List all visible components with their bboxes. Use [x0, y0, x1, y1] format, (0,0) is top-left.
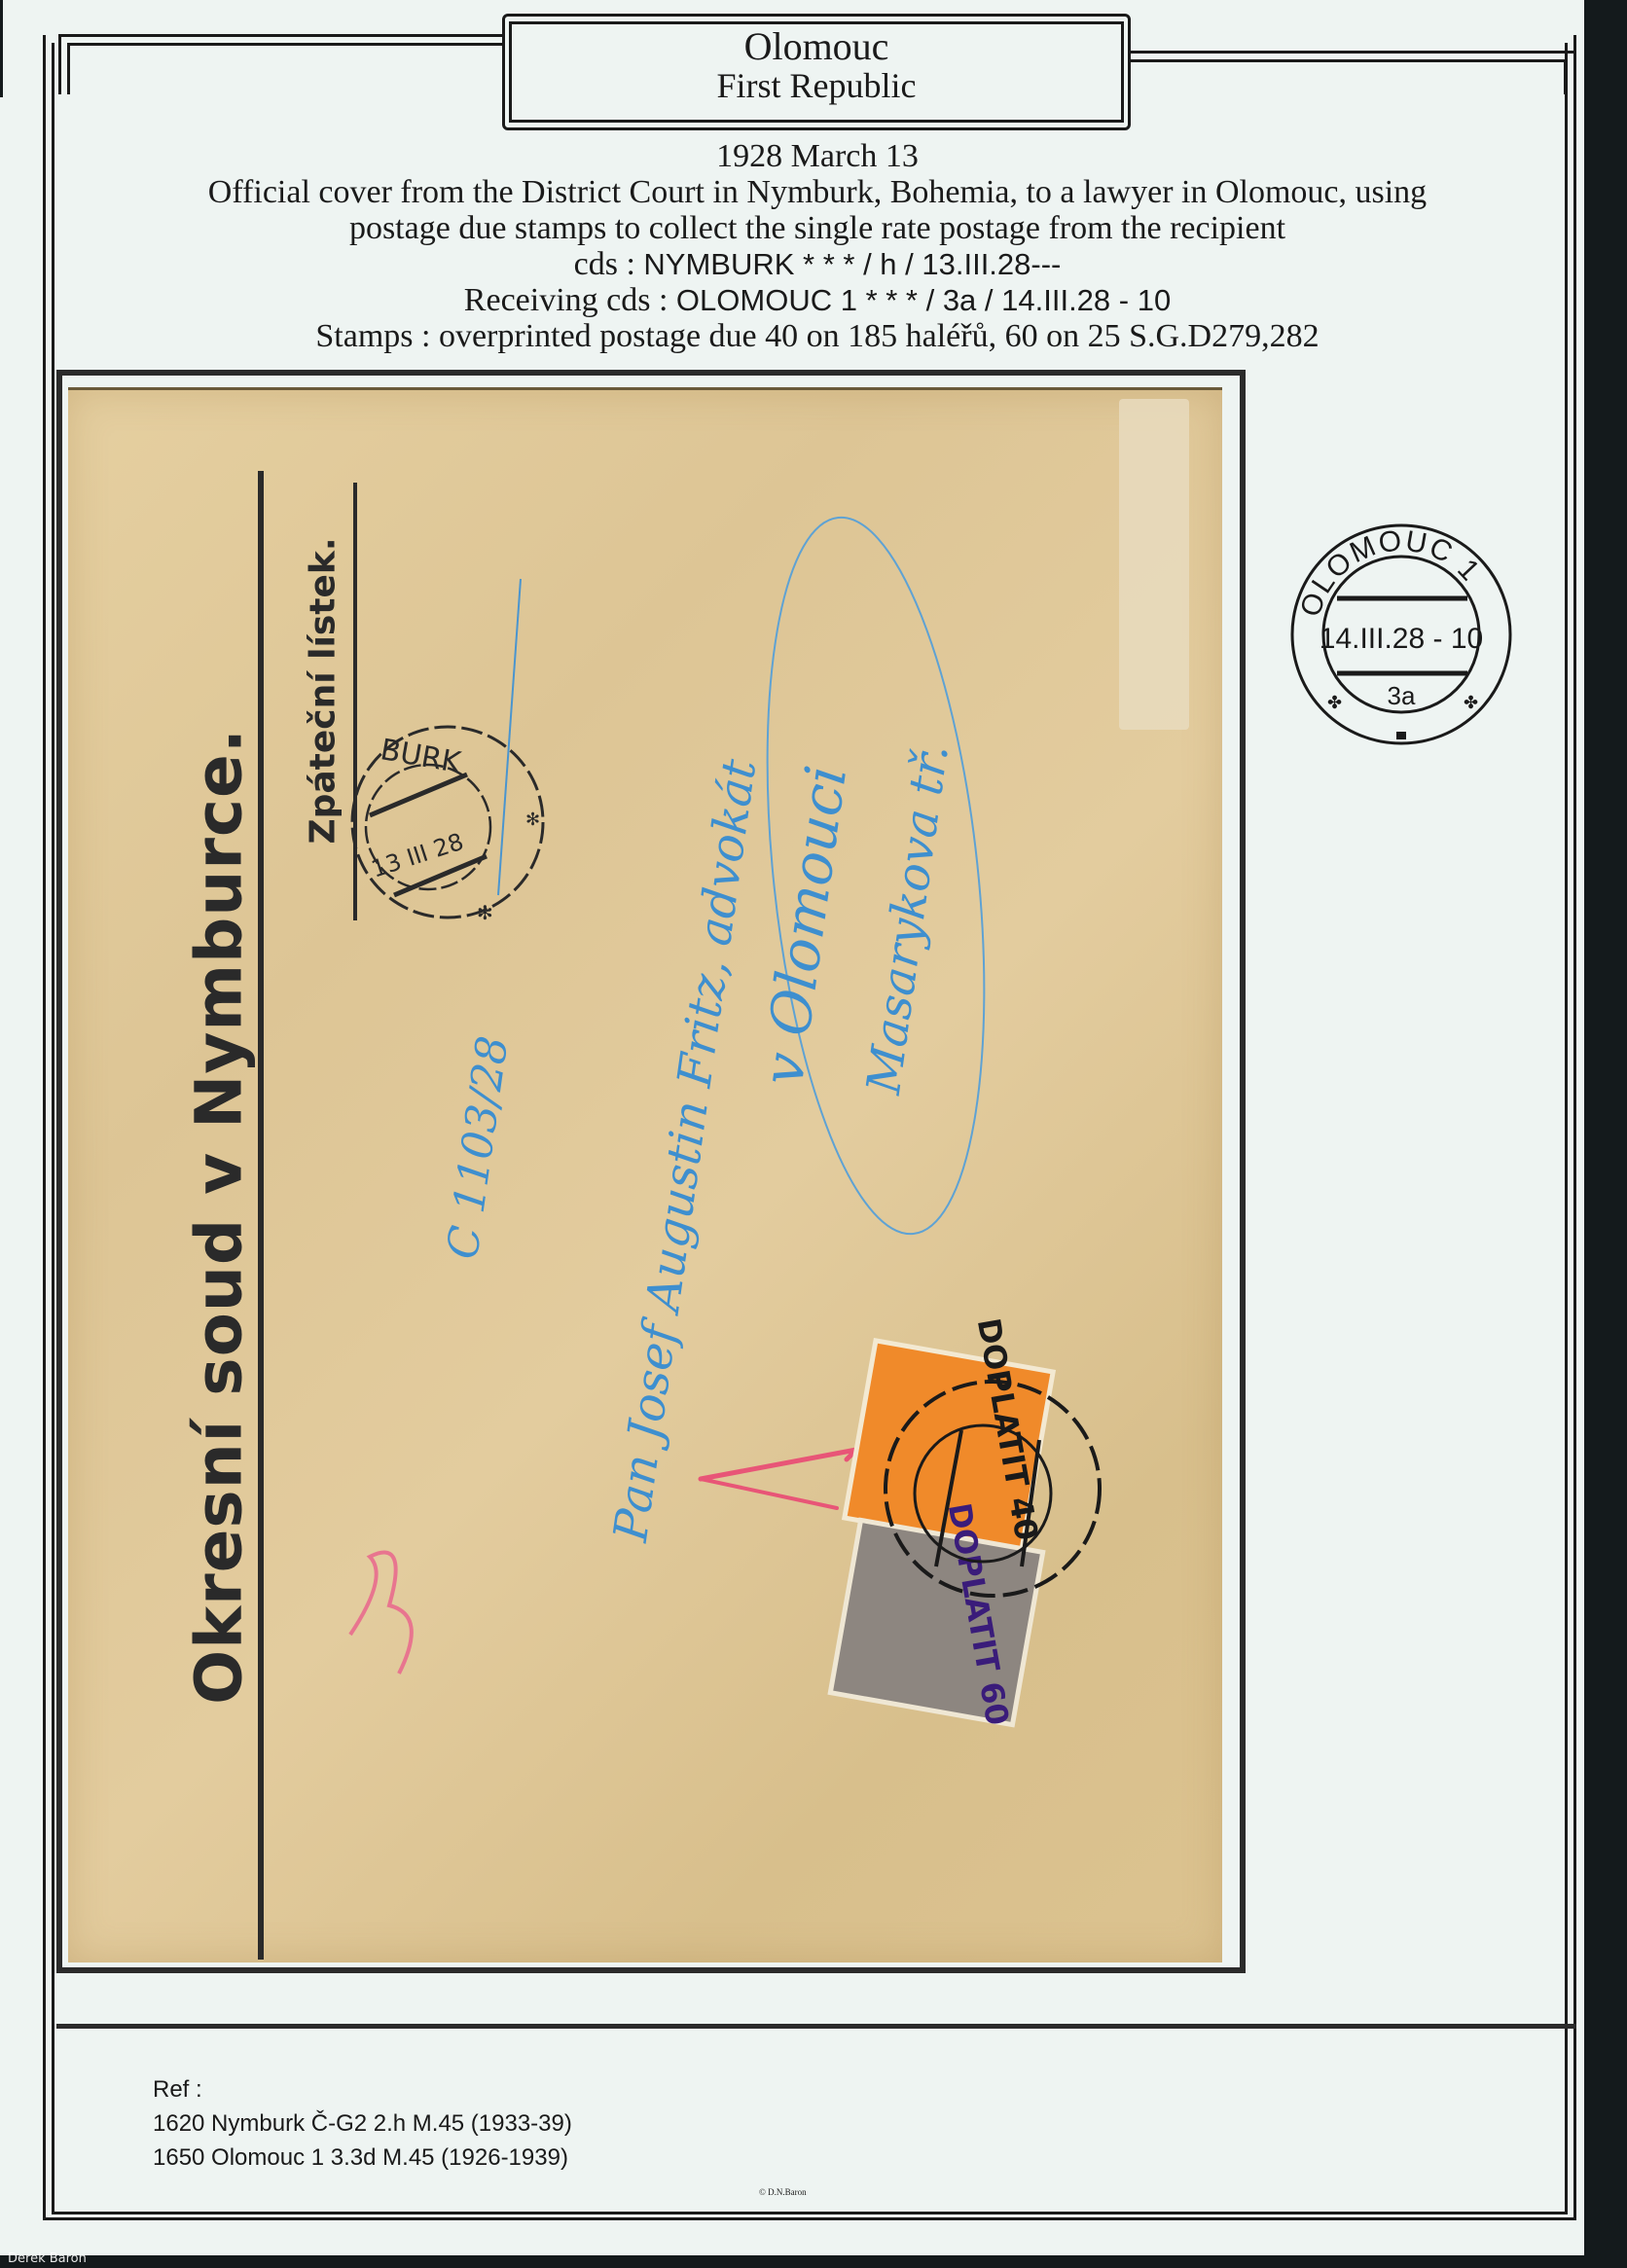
description: 1928 March 13 Official cover from the Di… — [68, 138, 1567, 354]
description-stamps: Stamps : overprinted postage due 40 on 1… — [68, 318, 1567, 354]
svg-text:✤: ✤ — [1464, 693, 1478, 712]
description-date: 1928 March 13 — [68, 138, 1567, 174]
page-border-top-left-inner — [68, 43, 508, 46]
page-border-top-right-inner — [1127, 59, 1567, 62]
description-summary-1: Official cover from the District Court i… — [68, 174, 1567, 210]
page-border-top-right — [1127, 51, 1574, 54]
ref-divider — [56, 2024, 1576, 2029]
page-title: Olomouc — [509, 25, 1124, 68]
printed-label: Zpáteční lístek. — [304, 538, 343, 845]
olomouc-postmark-town: OLOMOUC 1 — [1294, 524, 1487, 621]
page-border-corner-left-inner — [67, 43, 70, 94]
reference-item: 1650 Olomouc 1 3.3d M.45 (1926-1939) — [153, 2141, 572, 2175]
receiving-label: Receiving cds : — [464, 282, 676, 318]
printed-sender: Okresní soud v Nymburce. — [182, 728, 257, 1705]
references: Ref : 1620 Nymburk Č-G2 2.h M.45 (1933-3… — [153, 2072, 572, 2175]
cover-hinge-remnant — [1119, 399, 1189, 730]
copyright: © D.N.Baron — [759, 2187, 807, 2197]
references-heading: Ref : — [153, 2072, 572, 2106]
page-border-corner-right — [1573, 51, 1576, 94]
svg-text:✤: ✤ — [1327, 693, 1342, 712]
scan-edge-bottom — [0, 2263, 1627, 2268]
svg-text:OLOMOUC 1: OLOMOUC 1 — [1294, 524, 1487, 621]
cds-label: cds : — [574, 246, 644, 282]
olomouc-postmark-on-stamps — [876, 1372, 1109, 1605]
description-cds: cds : NYMBURK * * * / h / 13.III.28--- — [68, 246, 1567, 282]
description-summary-2: postage due stamps to collect the single… — [68, 210, 1567, 246]
description-receiving: Receiving cds : OLOMOUC 1 * * * / 3a / 1… — [68, 282, 1567, 318]
page-border-top-left — [60, 34, 508, 37]
page-border-corner-right-inner — [1564, 59, 1567, 94]
receiving-value: OLOMOUC 1 * * * / 3a / 14.III.28 - 10 — [676, 283, 1171, 317]
printed-rule — [258, 471, 264, 1960]
page-border-corner-left — [58, 34, 61, 94]
page-subtitle: First Republic — [509, 66, 1124, 105]
red-pencil-marks — [331, 1440, 876, 1712]
olomouc-postmark-code: 3a — [1388, 681, 1416, 710]
cds-value: NYMBURK * * * / h / 13.III.28--- — [643, 247, 1061, 281]
scan-edge — [0, 0, 3, 97]
olomouc-postmark-illustration: OLOMOUC 1 14.III.28 - 10 3a ✤ ✤ — [1277, 516, 1530, 759]
olomouc-postmark-date: 14.III.28 - 10 — [1320, 623, 1483, 655]
reference-item: 1620 Nymburk Č-G2 2.h M.45 (1933-39) — [153, 2106, 572, 2141]
